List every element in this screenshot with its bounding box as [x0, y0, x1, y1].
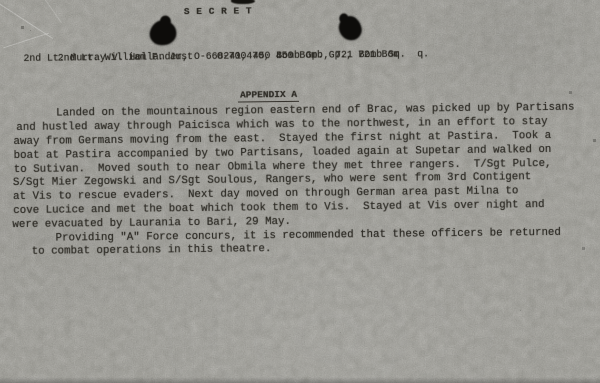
typewritten-content: S E C R E T 2nd Lt. William F. JustO-700… [0, 0, 600, 383]
appendix-heading-text: APPENDIX A [238, 89, 299, 103]
ink-blot [337, 14, 363, 42]
ink-blot [148, 18, 179, 48]
document-line: to combat operations in this theatre. [32, 243, 272, 259]
officer-1-squadron-end: q. [417, 48, 429, 59]
scanned-document: S E C R E T 2nd Lt. William F. JustO-700… [0, 0, 600, 383]
classification-banner: S E C R E T [0, 2, 438, 20]
